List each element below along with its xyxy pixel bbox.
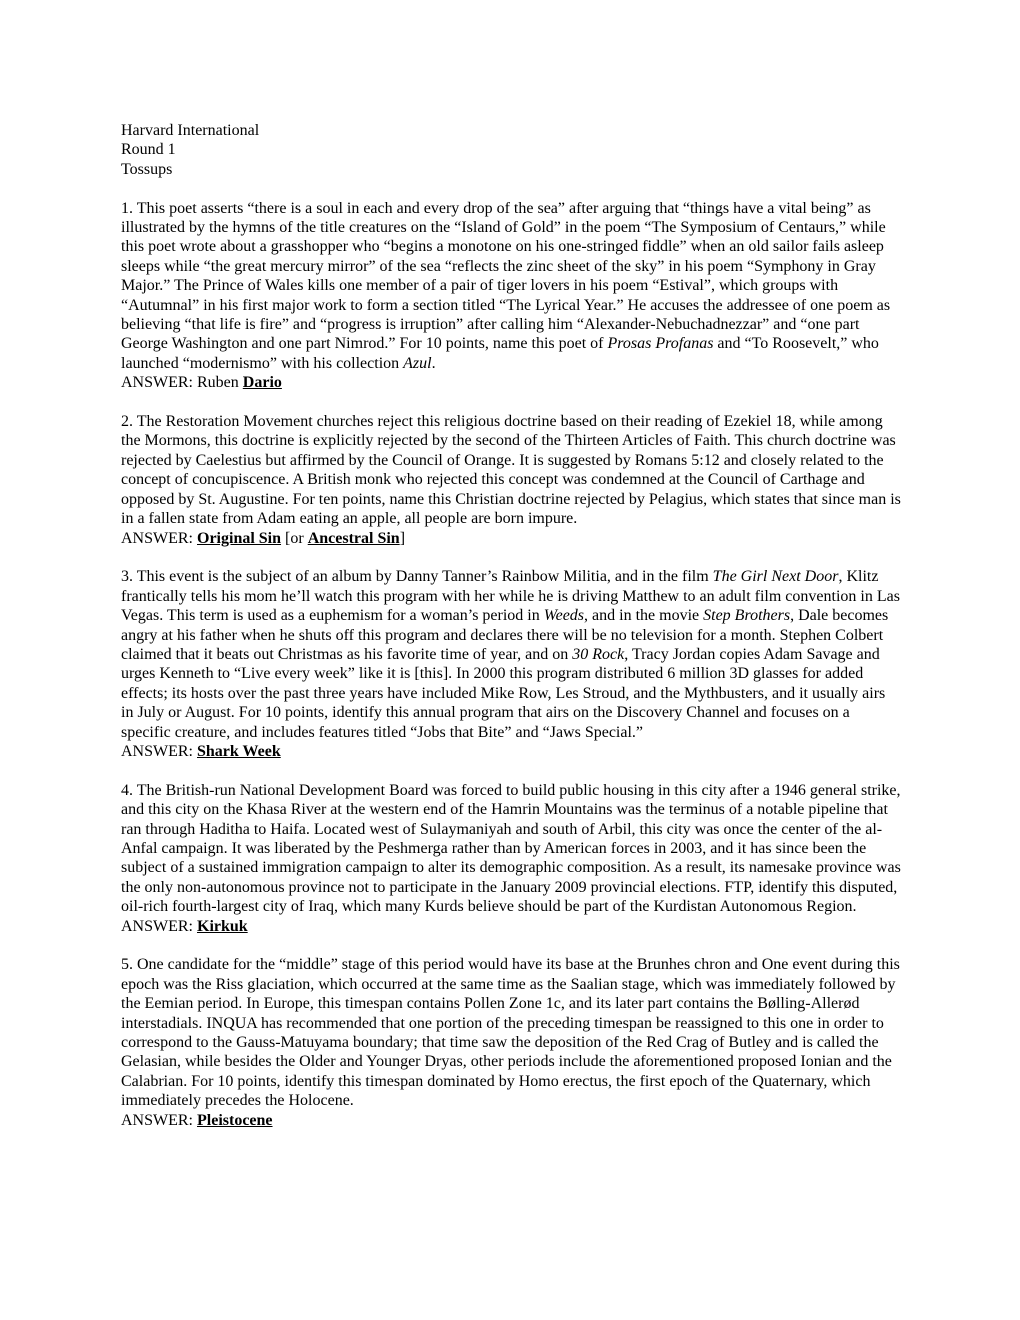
questions-container: 1. This poet asserts “there is a soul in… — [121, 199, 901, 1130]
text-run: Step Brothers — [703, 607, 790, 624]
text-run: 1. This poet asserts “there is a soul in… — [121, 200, 890, 353]
text-run: Weeds — [544, 607, 584, 624]
question-2-text: 2. The Restoration Movement churches rej… — [121, 412, 901, 528]
text-run: Original Sin — [197, 530, 281, 547]
header-tournament-title: Harvard International — [121, 121, 901, 140]
text-run: 5. One candidate for the “middle” stage … — [121, 956, 900, 1109]
text-run: Shark Week — [197, 743, 281, 760]
text-run: The Girl Next Door — [713, 568, 839, 585]
text-run: Kirkuk — [197, 918, 248, 935]
question-4-answer: ANSWER: Kirkuk — [121, 917, 901, 936]
text-run: Ancestral Sin — [308, 530, 400, 547]
text-run: ANSWER: — [121, 1112, 197, 1129]
text-run: Prosas Profanas — [607, 335, 713, 352]
question-4-text: 4. The British-run National Development … — [121, 781, 901, 917]
header-section-label: Tossups — [121, 160, 901, 179]
text-run: ANSWER: — [121, 918, 197, 935]
document-header: Harvard International Round 1 Tossups — [121, 121, 901, 179]
text-run: 2. The Restoration Movement churches rej… — [121, 413, 901, 527]
text-run: , and in the movie — [584, 607, 703, 624]
text-run: . — [432, 355, 436, 372]
text-run: [or — [281, 530, 308, 547]
question-5-text: 5. One candidate for the “middle” stage … — [121, 955, 901, 1110]
question-3-text: 3. This event is the subject of an album… — [121, 567, 901, 742]
document-page: Harvard International Round 1 Tossups 1.… — [0, 0, 1020, 1320]
text-run: Azul — [403, 355, 431, 372]
text-run: ANSWER: Ruben — [121, 374, 243, 391]
text-run: ANSWER: — [121, 743, 197, 760]
question-1-text: 1. This poet asserts “there is a soul in… — [121, 199, 901, 374]
question-1-answer: ANSWER: Ruben Dario — [121, 373, 901, 392]
question-3-answer: ANSWER: Shark Week — [121, 742, 901, 761]
text-run: Dario — [243, 374, 282, 391]
question-2-answer: ANSWER: Original Sin [or Ancestral Sin] — [121, 529, 901, 548]
text-run: 4. The British-run National Development … — [121, 782, 901, 915]
text-run: ANSWER: — [121, 530, 197, 547]
question-5-answer: ANSWER: Pleistocene — [121, 1111, 901, 1130]
text-run: ] — [400, 530, 405, 547]
text-run: 30 Rock — [572, 646, 624, 663]
text-run: Pleistocene — [197, 1112, 273, 1129]
header-round-label: Round 1 — [121, 140, 901, 159]
text-run: 3. This event is the subject of an album… — [121, 568, 713, 585]
